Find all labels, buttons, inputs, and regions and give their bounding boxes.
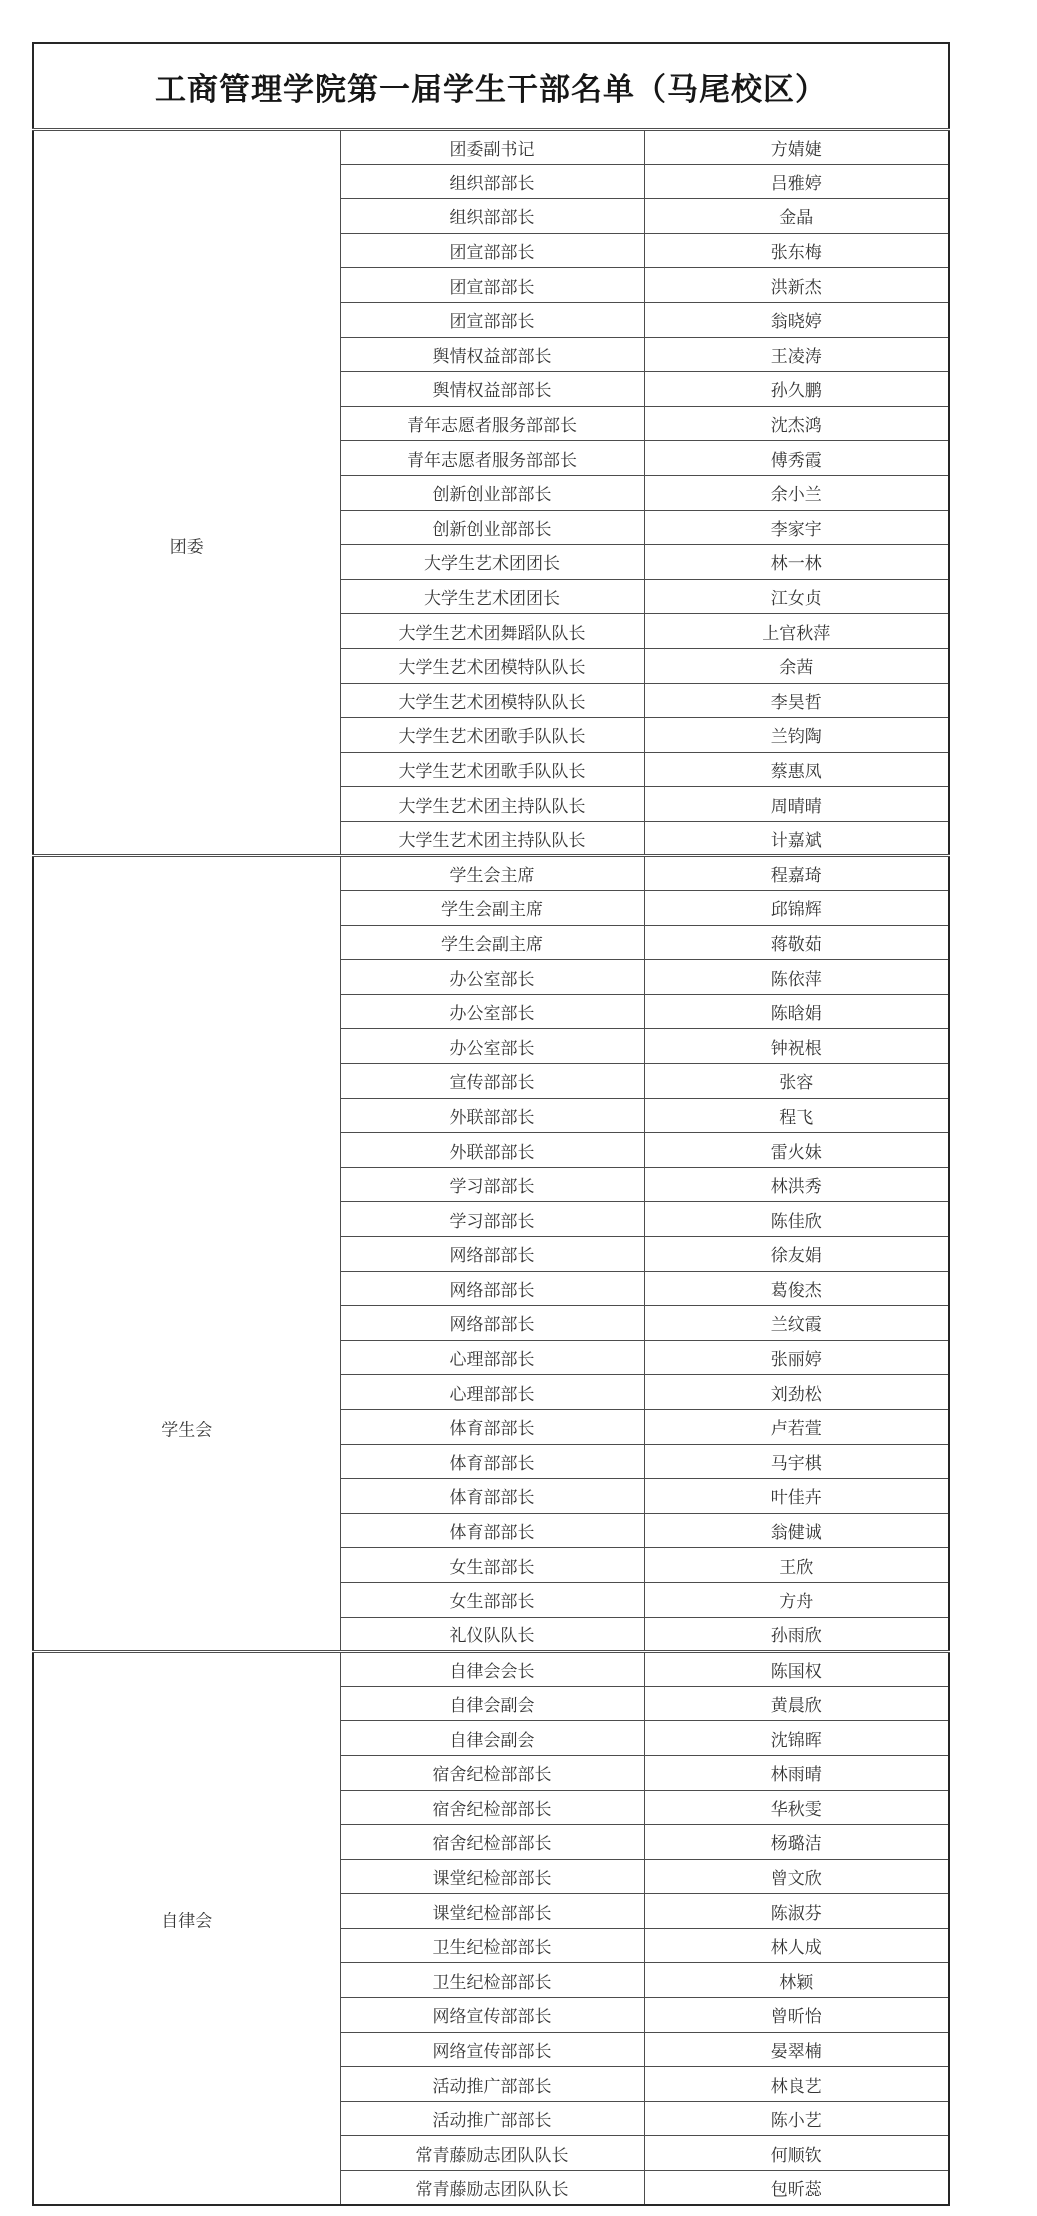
name-cell: 翁晓婷 xyxy=(644,302,949,337)
name-cell: 方婧婕 xyxy=(644,130,949,165)
position-cell: 团宣部部长 xyxy=(340,233,644,268)
name-cell: 华秋雯 xyxy=(644,1790,949,1825)
name-cell: 程飞 xyxy=(644,1098,949,1133)
org-cell: 学生会 xyxy=(33,856,340,1652)
position-cell: 体育部部长 xyxy=(340,1444,644,1479)
name-cell: 蔡惠凤 xyxy=(644,752,949,787)
position-cell: 宿舍纪检部部长 xyxy=(340,1825,644,1860)
position-cell: 学生会副主席 xyxy=(340,891,644,926)
position-cell: 团宣部部长 xyxy=(340,302,644,337)
position-cell: 团委副书记 xyxy=(340,130,644,165)
position-cell: 课堂纪检部部长 xyxy=(340,1859,644,1894)
name-cell: 陈小艺 xyxy=(644,2101,949,2136)
org-cell: 自律会 xyxy=(33,1652,340,2206)
position-cell: 学生会副主席 xyxy=(340,925,644,960)
name-cell: 王欣 xyxy=(644,1548,949,1583)
cadre-table-body: 团委团委副书记方婧婕组织部部长吕雅婷组织部部长金晶团宣部部长张东梅团宣部部长洪新… xyxy=(33,130,949,2206)
name-cell: 陈淑芬 xyxy=(644,1894,949,1929)
name-cell: 包昕蕊 xyxy=(644,2171,949,2206)
position-cell: 常青藤励志团队队长 xyxy=(340,2171,644,2206)
name-cell: 孙久鹏 xyxy=(644,372,949,407)
position-cell: 大学生艺术团歌手队队长 xyxy=(340,752,644,787)
position-cell: 组织部部长 xyxy=(340,199,644,234)
name-cell: 邱锦辉 xyxy=(644,891,949,926)
position-cell: 大学生艺术团舞蹈队队长 xyxy=(340,614,644,649)
position-cell: 大学生艺术团团长 xyxy=(340,545,644,580)
name-cell: 周晴晴 xyxy=(644,787,949,822)
name-cell: 曾昕怡 xyxy=(644,1998,949,2033)
position-cell: 心理部部长 xyxy=(340,1340,644,1375)
position-cell: 学习部部长 xyxy=(340,1202,644,1237)
name-cell: 蒋敬茹 xyxy=(644,925,949,960)
name-cell: 刘劲松 xyxy=(644,1375,949,1410)
position-cell: 学生会主席 xyxy=(340,856,644,891)
name-cell: 张丽婷 xyxy=(644,1340,949,1375)
name-cell: 方舟 xyxy=(644,1582,949,1617)
title-row: 工商管理学院第一届学生干部名单（马尾校区） xyxy=(33,43,949,130)
position-cell: 卫生纪检部部长 xyxy=(340,1963,644,1998)
name-cell: 陈晗娟 xyxy=(644,994,949,1029)
name-cell: 余小兰 xyxy=(644,475,949,510)
position-cell: 体育部部长 xyxy=(340,1479,644,1514)
position-cell: 团宣部部长 xyxy=(340,268,644,303)
page-title: 工商管理学院第一届学生干部名单（马尾校区） xyxy=(33,43,949,130)
position-cell: 体育部部长 xyxy=(340,1513,644,1548)
name-cell: 马宇棋 xyxy=(644,1444,949,1479)
position-cell: 大学生艺术团歌手队队长 xyxy=(340,718,644,753)
name-cell: 江女贞 xyxy=(644,579,949,614)
name-cell: 陈国权 xyxy=(644,1652,949,1687)
position-cell: 大学生艺术团团长 xyxy=(340,579,644,614)
position-cell: 网络部部长 xyxy=(340,1237,644,1272)
name-cell: 翁健诚 xyxy=(644,1513,949,1548)
name-cell: 林洪秀 xyxy=(644,1167,949,1202)
position-cell: 网络宣传部部长 xyxy=(340,2032,644,2067)
document-page: 工商管理学院第一届学生干部名单（马尾校区） 团委团委副书记方婧婕组织部部长吕雅婷… xyxy=(0,0,1037,2216)
name-cell: 何顺钦 xyxy=(644,2136,949,2171)
name-cell: 曾文欣 xyxy=(644,1859,949,1894)
name-cell: 余茜 xyxy=(644,648,949,683)
name-cell: 沈杰鸿 xyxy=(644,406,949,441)
position-cell: 女生部部长 xyxy=(340,1548,644,1583)
name-cell: 林一林 xyxy=(644,545,949,580)
name-cell: 孙雨欣 xyxy=(644,1617,949,1652)
cadre-table: 工商管理学院第一届学生干部名单（马尾校区） 团委团委副书记方婧婕组织部部长吕雅婷… xyxy=(32,42,950,2206)
name-cell: 上官秋萍 xyxy=(644,614,949,649)
name-cell: 钟祝根 xyxy=(644,1029,949,1064)
name-cell: 林颖 xyxy=(644,1963,949,1998)
name-cell: 葛俊杰 xyxy=(644,1271,949,1306)
org-cell: 团委 xyxy=(33,130,340,856)
name-cell: 洪新杰 xyxy=(644,268,949,303)
name-cell: 张容 xyxy=(644,1064,949,1099)
position-cell: 自律会副会 xyxy=(340,1686,644,1721)
position-cell: 创新创业部部长 xyxy=(340,510,644,545)
position-cell: 大学生艺术团主持队队长 xyxy=(340,821,644,856)
table-row: 自律会自律会会长陈国权 xyxy=(33,1652,949,1687)
table-row: 学生会学生会主席程嘉琦 xyxy=(33,856,949,891)
name-cell: 金晶 xyxy=(644,199,949,234)
org-label: 学生会 xyxy=(34,1416,340,1441)
position-cell: 组织部部长 xyxy=(340,164,644,199)
name-cell: 卢若萱 xyxy=(644,1409,949,1444)
position-cell: 青年志愿者服务部部长 xyxy=(340,406,644,441)
name-cell: 兰纹霞 xyxy=(644,1306,949,1341)
name-cell: 沈锦晖 xyxy=(644,1721,949,1756)
name-cell: 傅秀霞 xyxy=(644,441,949,476)
name-cell: 林雨晴 xyxy=(644,1755,949,1790)
position-cell: 创新创业部部长 xyxy=(340,475,644,510)
position-cell: 大学生艺术团模特队队长 xyxy=(340,648,644,683)
org-label: 自律会 xyxy=(34,1906,340,1931)
org-label: 团委 xyxy=(34,532,340,557)
name-cell: 雷火妹 xyxy=(644,1133,949,1168)
position-cell: 宿舍纪检部部长 xyxy=(340,1755,644,1790)
position-cell: 大学生艺术团主持队队长 xyxy=(340,787,644,822)
position-cell: 心理部部长 xyxy=(340,1375,644,1410)
position-cell: 舆情权益部部长 xyxy=(340,372,644,407)
name-cell: 林人成 xyxy=(644,1928,949,1963)
position-cell: 办公室部长 xyxy=(340,1029,644,1064)
name-cell: 徐友娟 xyxy=(644,1237,949,1272)
name-cell: 张东梅 xyxy=(644,233,949,268)
position-cell: 课堂纪检部部长 xyxy=(340,1894,644,1929)
position-cell: 宿舍纪检部部长 xyxy=(340,1790,644,1825)
position-cell: 礼仪队队长 xyxy=(340,1617,644,1652)
position-cell: 学习部部长 xyxy=(340,1167,644,1202)
position-cell: 外联部部长 xyxy=(340,1133,644,1168)
position-cell: 外联部部长 xyxy=(340,1098,644,1133)
position-cell: 网络部部长 xyxy=(340,1306,644,1341)
position-cell: 女生部部长 xyxy=(340,1582,644,1617)
position-cell: 宣传部部长 xyxy=(340,1064,644,1099)
position-cell: 活动推广部部长 xyxy=(340,2101,644,2136)
name-cell: 李家宇 xyxy=(644,510,949,545)
position-cell: 网络宣传部部长 xyxy=(340,1998,644,2033)
name-cell: 叶佳卉 xyxy=(644,1479,949,1514)
position-cell: 卫生纪检部部长 xyxy=(340,1928,644,1963)
position-cell: 活动推广部部长 xyxy=(340,2067,644,2102)
position-cell: 青年志愿者服务部部长 xyxy=(340,441,644,476)
table-row: 团委团委副书记方婧婕 xyxy=(33,130,949,165)
name-cell: 林良艺 xyxy=(644,2067,949,2102)
position-cell: 体育部部长 xyxy=(340,1409,644,1444)
name-cell: 晏翠楠 xyxy=(644,2032,949,2067)
position-cell: 常青藤励志团队队长 xyxy=(340,2136,644,2171)
name-cell: 杨璐洁 xyxy=(644,1825,949,1860)
position-cell: 办公室部长 xyxy=(340,960,644,995)
position-cell: 大学生艺术团模特队队长 xyxy=(340,683,644,718)
name-cell: 黄晨欣 xyxy=(644,1686,949,1721)
name-cell: 吕雅婷 xyxy=(644,164,949,199)
name-cell: 兰钧陶 xyxy=(644,718,949,753)
name-cell: 王凌涛 xyxy=(644,337,949,372)
position-cell: 网络部部长 xyxy=(340,1271,644,1306)
position-cell: 舆情权益部部长 xyxy=(340,337,644,372)
name-cell: 李昊哲 xyxy=(644,683,949,718)
position-cell: 自律会副会 xyxy=(340,1721,644,1756)
name-cell: 程嘉琦 xyxy=(644,856,949,891)
position-cell: 办公室部长 xyxy=(340,994,644,1029)
name-cell: 陈依萍 xyxy=(644,960,949,995)
name-cell: 计嘉斌 xyxy=(644,821,949,856)
name-cell: 陈佳欣 xyxy=(644,1202,949,1237)
position-cell: 自律会会长 xyxy=(340,1652,644,1687)
